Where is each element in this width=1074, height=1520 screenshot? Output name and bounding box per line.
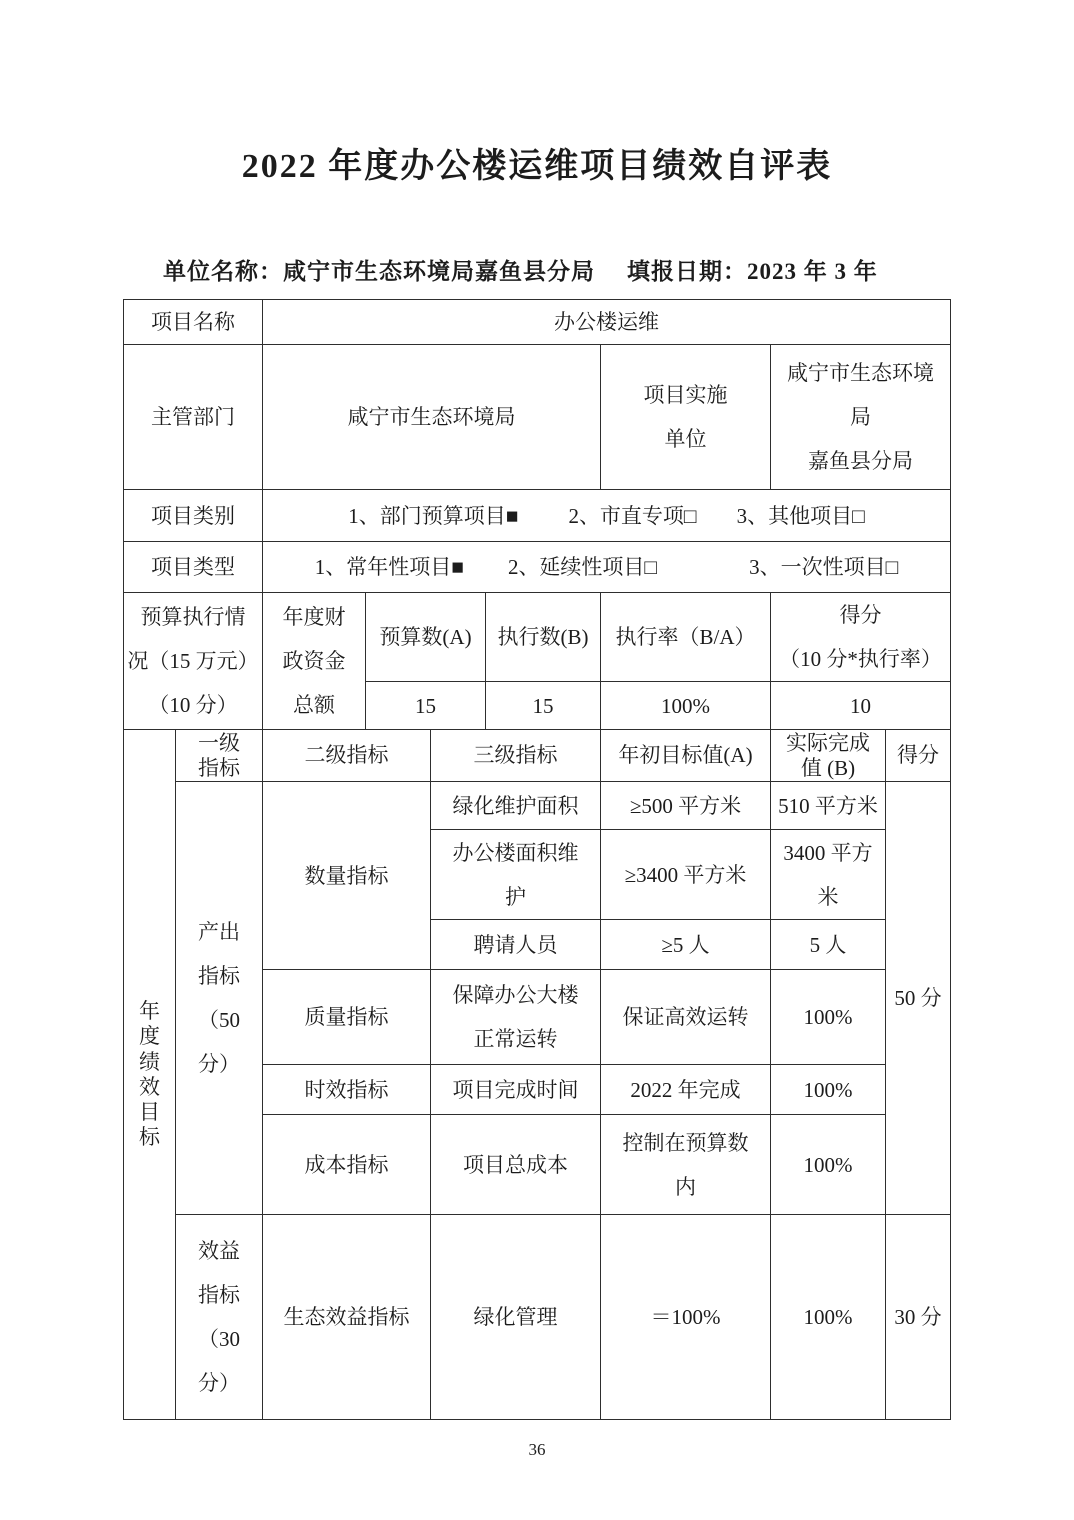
greening-area-actual: 510 平方米 (771, 782, 886, 830)
project-name-label: 项目名称 (124, 300, 263, 345)
actual-header: 实际完成 值 (B) (771, 730, 886, 782)
executed-amount-value: 15 (486, 682, 601, 730)
timeliness-target: 2022 年完成 (601, 1065, 771, 1115)
cost-level3: 项目总成本 (431, 1115, 601, 1215)
level3-header: 三级指标 (431, 730, 601, 782)
category-label: 项目类别 (124, 490, 263, 542)
indicators-table: 年 度 绩 效 目 标 一级 指标 二级指标 三级指标 年初目标值(A) 实际完… (123, 729, 951, 1420)
category-option-other: 3、其他项目□ (737, 504, 865, 528)
annual-fund-label: 年度财 政资金 总额 (263, 593, 366, 730)
type-option-onetime: 3、一次性项目□ (749, 555, 898, 579)
project-category-row: 项目类别 1、部门预算项目■2、市直专项□3、其他项目□ (124, 490, 951, 542)
project-info-table: 项目名称 办公楼运维 主管部门 咸宁市生态环境局 项目实施 单位 咸宁市生态环境… (123, 299, 951, 730)
hired-staff-target: ≥5 人 (601, 920, 771, 970)
hired-staff-level3: 聘请人员 (431, 920, 601, 970)
target-header: 年初目标值(A) (601, 730, 771, 782)
budget-header-row: 预算执行情 况（15 万元） （10 分） 年度财 政资金 总额 预算数(A) … (124, 593, 951, 682)
type-label: 项目类型 (124, 542, 263, 593)
cost-indicator-label: 成本指标 (263, 1115, 431, 1215)
budget-score-header: 得分 （10 分*执行率） (771, 593, 951, 682)
hired-staff-actual: 5 人 (771, 920, 886, 970)
dept-value: 咸宁市生态环境局 (263, 345, 601, 490)
execution-rate-value: 100% (601, 682, 771, 730)
type-options: 1、常年性项目■2、延续性项目□3、一次性项目□ (263, 542, 951, 593)
executed-amount-header: 执行数(B) (486, 593, 601, 682)
info-line: 单位名称：咸宁市生态环境局嘉鱼县分局填报日期：2023 年 3 年 (163, 253, 1074, 286)
execution-rate-header: 执行率（B/A） (601, 593, 771, 682)
building-area-actual: 3400 平方 米 (771, 830, 886, 920)
quality-target: 保证高效运转 (601, 970, 771, 1065)
category-options: 1、部门预算项目■2、市直专项□3、其他项目□ (263, 490, 951, 542)
project-name-row: 项目名称 办公楼运维 (124, 300, 951, 345)
level1-header: 一级 指标 (176, 730, 263, 782)
benefit-indicator-row: 效益 指标 （30 分） 生态效益指标 绿化管理 ＝100% 100% 30 分 (124, 1215, 951, 1420)
benefit-score: 30 分 (886, 1215, 951, 1420)
unit-name-value: 咸宁市生态环境局嘉鱼县分局 (283, 259, 595, 284)
eco-benefit-target: ＝100% (601, 1215, 771, 1420)
output-indicator-label: 产出 指标 （50 分） (176, 782, 263, 1215)
project-type-row: 项目类型 1、常年性项目■2、延续性项目□3、一次性项目□ (124, 542, 951, 593)
output-score: 50 分 (886, 782, 951, 1215)
document-page: 2022 年度办公楼运维项目绩效自评表 单位名称：咸宁市生态环境局嘉鱼县分局填报… (0, 0, 1074, 1520)
budget-score-value: 10 (771, 682, 951, 730)
eco-benefit-indicator-label: 生态效益指标 (263, 1215, 431, 1420)
level2-header: 二级指标 (263, 730, 431, 782)
category-option-budget: 1、部门预算项目■ (348, 504, 518, 528)
quality-indicator-label: 质量指标 (263, 970, 431, 1065)
cost-target: 控制在预算数 内 (601, 1115, 771, 1215)
greening-area-level3: 绿化维护面积 (431, 782, 601, 830)
budget-amount-value: 15 (366, 682, 486, 730)
cost-actual: 100% (771, 1115, 886, 1215)
indicators-header-row: 年 度 绩 效 目 标 一级 指标 二级指标 三级指标 年初目标值(A) 实际完… (124, 730, 951, 782)
type-option-annual: 1、常年性项目■ (315, 555, 464, 579)
budget-section-label: 预算执行情 况（15 万元） （10 分） (124, 593, 263, 730)
score-header: 得分 (886, 730, 951, 782)
quantity-indicator-label: 数量指标 (263, 782, 431, 970)
impl-unit-label: 项目实施 单位 (601, 345, 771, 490)
page-title: 2022 年度办公楼运维项目绩效自评表 (0, 0, 1074, 187)
eco-benefit-level3: 绿化管理 (431, 1215, 601, 1420)
budget-amount-header: 预算数(A) (366, 593, 486, 682)
department-row: 主管部门 咸宁市生态环境局 项目实施 单位 咸宁市生态环境 局 嘉鱼县分局 (124, 345, 951, 490)
dept-label: 主管部门 (124, 345, 263, 490)
benefit-indicator-label: 效益 指标 （30 分） (176, 1215, 263, 1420)
report-date-label: 填报日期： (627, 259, 747, 284)
unit-name-label: 单位名称： (163, 259, 283, 284)
quality-actual: 100% (771, 970, 886, 1065)
building-area-target: ≥3400 平方米 (601, 830, 771, 920)
project-name-value: 办公楼运维 (263, 300, 951, 345)
timeliness-level3: 项目完成时间 (431, 1065, 601, 1115)
eco-benefit-actual: 100% (771, 1215, 886, 1420)
greening-area-row: 产出 指标 （50 分） 数量指标 绿化维护面积 ≥500 平方米 510 平方… (124, 782, 951, 830)
timeliness-actual: 100% (771, 1065, 886, 1115)
report-date-value: 2023 年 3 年 (747, 259, 878, 284)
type-option-continuing: 2、延续性项目□ (508, 555, 657, 579)
category-option-special: 2、市直专项□ (568, 504, 696, 528)
greening-area-target: ≥500 平方米 (601, 782, 771, 830)
timeliness-indicator-label: 时效指标 (263, 1065, 431, 1115)
annual-goal-side-label: 年 度 绩 效 目 标 (124, 730, 176, 1420)
building-area-level3: 办公楼面积维 护 (431, 830, 601, 920)
page-number: 36 (0, 1440, 1074, 1460)
impl-unit-value: 咸宁市生态环境 局 嘉鱼县分局 (771, 345, 951, 490)
quality-level3: 保障办公大楼 正常运转 (431, 970, 601, 1065)
